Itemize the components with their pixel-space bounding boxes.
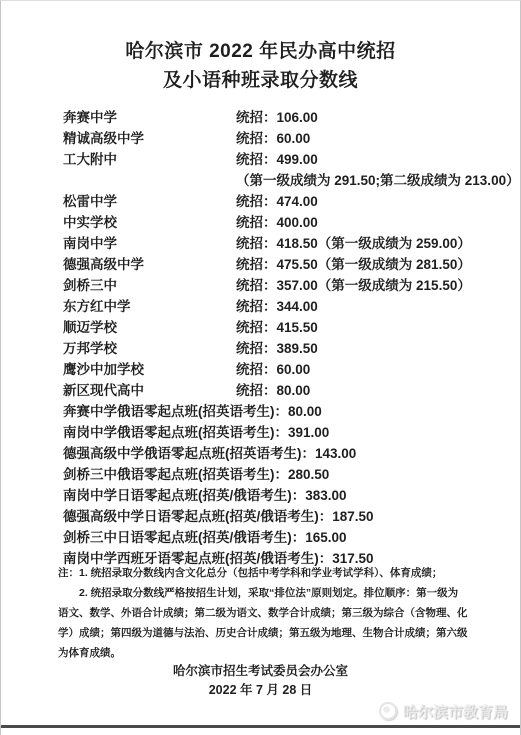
- page-bottom-edge: [1, 725, 520, 728]
- table-row: （第一级成绩为 291.50;第二级成绩为 213.00）: [1, 168, 520, 189]
- table-row: 剑桥三中日语零起点班(招英/俄语考生)：165.00: [1, 525, 520, 546]
- table-row: 德强高级中学俄语零起点班(招英语考生)：143.00: [1, 441, 520, 462]
- table-row: 南岗中学日语零起点班(招英/俄语考生)：383.00: [1, 483, 520, 504]
- table-row: 德强高级中学日语零起点班(招英/俄语考生)：187.50: [1, 504, 520, 525]
- school-name: 德强高级中学日语零起点班(招英/俄语考生)：187.50: [63, 505, 374, 525]
- score-value: 统招：60.00: [236, 127, 310, 147]
- table-row: 南岗中学俄语零起点班(招英语考生)：391.00: [1, 420, 520, 441]
- table-row: 松雷中学统招：474.00: [1, 189, 520, 210]
- score-table: 奔赛中学统招：106.00精诚高级中学统招：60.00工大附中统招：499.00…: [1, 105, 520, 567]
- issue-date: 2022 年 7 月 28 日: [1, 680, 520, 697]
- document-page: 哈尔滨市 2022 年民办高中统招 及小语种班录取分数线 奔赛中学统招：106.…: [0, 0, 521, 735]
- watermark: 哈尔滨市教育局: [379, 698, 508, 724]
- score-value: 统招：357.00（第一级成绩为 215.50）: [236, 274, 471, 294]
- table-row: 奔赛中学统招：106.00: [1, 105, 520, 126]
- school-name: 南岗中学日语零起点班(招英/俄语考生)：383.00: [63, 484, 347, 504]
- school-name: 鹰沙中加学校: [63, 358, 236, 378]
- school-name: 南岗中学: [63, 232, 236, 252]
- title-line-1: 哈尔滨市 2022 年民办高中统招: [1, 37, 520, 66]
- table-row: 新区现代高中统招：80.00: [1, 378, 520, 399]
- school-name: 剑桥三中俄语零起点班(招英语考生)：280.50: [63, 463, 329, 483]
- school-name: 德强高级中学: [63, 253, 236, 273]
- table-row: 万邦学校统招：389.50: [1, 336, 520, 357]
- table-row: 鹰沙中加学校统招：60.00: [1, 357, 520, 378]
- score-value: 统招：475.50（第一级成绩为 281.50）: [236, 253, 471, 273]
- school-name: 万邦学校: [63, 337, 236, 357]
- school-name: 剑桥三中日语零起点班(招英/俄语考生)：165.00: [63, 526, 347, 546]
- table-row: 顺迈学校统招：415.50: [1, 315, 520, 336]
- school-name: 南岗中学俄语零起点班(招英语考生)：391.00: [63, 421, 329, 441]
- score-value: 统招：418.50（第一级成绩为 259.00）: [236, 232, 471, 252]
- table-row: 精诚高级中学统招：60.00: [1, 126, 520, 147]
- note-line: 语文、数学、外语合计成绩；第二级为语文、数学合计成绩；第三级为综合（含物理、化: [58, 603, 464, 623]
- note-line: 2. 统招录取分数线严格按招生计划，采取“排位法”原则划定。排位顺序：第一级为: [58, 583, 464, 603]
- score-value: 统招：499.00: [236, 148, 318, 168]
- school-name: 工大附中: [63, 148, 236, 168]
- school-name: 剑桥三中: [63, 274, 236, 294]
- school-name: 奔赛中学: [63, 106, 236, 126]
- score-value: 统招：80.00: [236, 379, 310, 399]
- score-value: （第一级成绩为 291.50;第二级成绩为 213.00）: [236, 169, 520, 189]
- table-row: 中实学校统招：400.00: [1, 210, 520, 231]
- table-row: 工大附中统招：499.00: [1, 147, 520, 168]
- note-line: 学）成绩；第四级为道德与法治、历史合计成绩；第五级为地理、生物合计成绩；第六级: [58, 623, 464, 643]
- table-row: 剑桥三中俄语零起点班(招英语考生)：280.50: [1, 462, 520, 483]
- table-row: 德强高级中学统招：475.50（第一级成绩为 281.50）: [1, 252, 520, 273]
- school-name: 中实学校: [63, 211, 236, 231]
- school-name: 东方红中学: [63, 295, 236, 315]
- school-name: 顺迈学校: [63, 316, 236, 336]
- education-bureau-logo-icon: [379, 702, 397, 720]
- issuing-office: 哈尔滨市招生考试委员会办公室: [1, 661, 520, 678]
- school-name: 奔赛中学俄语零起点班(招英语考生)：80.00: [63, 400, 322, 420]
- school-name: 新区现代高中: [63, 379, 236, 399]
- school-name: 松雷中学: [63, 190, 236, 210]
- score-value: 统招：60.00: [236, 358, 310, 378]
- score-value: 统招：474.00: [236, 190, 318, 210]
- table-row: 东方红中学统招：344.00: [1, 294, 520, 315]
- score-value: 统招：389.50: [236, 337, 318, 357]
- watermark-text: 哈尔滨市教育局: [403, 701, 508, 722]
- title-line-2: 及小语种班录取分数线: [1, 66, 520, 95]
- score-value: 统招：400.00: [236, 211, 318, 231]
- school-name: 德强高级中学俄语零起点班(招英语考生)：143.00: [63, 442, 356, 462]
- school-name: 精诚高级中学: [63, 127, 236, 147]
- note-line: 注：1. 统招录取分数线内含文化总分（包括中考学科和学业考试学科）、体育成绩；: [58, 563, 464, 583]
- score-value: 统招：106.00: [236, 106, 318, 126]
- document-title: 哈尔滨市 2022 年民办高中统招 及小语种班录取分数线: [1, 37, 520, 95]
- table-row: 奔赛中学俄语零起点班(招英语考生)：80.00: [1, 399, 520, 420]
- table-row: 南岗中学统招：418.50（第一级成绩为 259.00）: [1, 231, 520, 252]
- score-value: 统招：344.00: [236, 295, 318, 315]
- note-line: 为体育成绩。: [58, 643, 464, 663]
- score-value: 统招：415.50: [236, 316, 318, 336]
- table-row: 剑桥三中统招：357.00（第一级成绩为 215.50）: [1, 273, 520, 294]
- notes-block: 注：1. 统招录取分数线内含文化总分（包括中考学科和学业考试学科）、体育成绩；2…: [58, 563, 464, 663]
